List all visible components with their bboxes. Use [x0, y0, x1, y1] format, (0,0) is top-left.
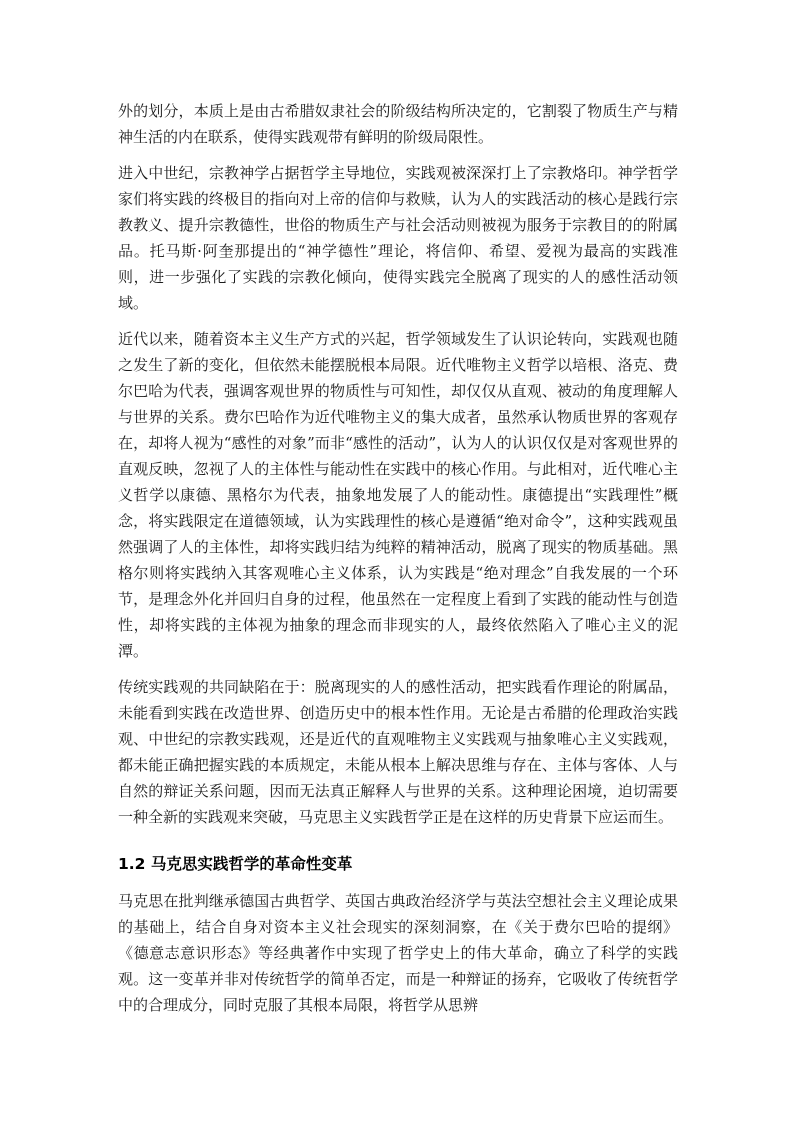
paragraph-modern: 近代以来，随着资本主义生产方式的兴起，哲学领域发生了认识论转向，实践观也随之发生… [118, 326, 678, 664]
paragraph-medieval: 进入中世纪，宗教神学占据哲学主导地位，实践观被深深打上了宗教烙印。神学哲学家们将… [118, 160, 678, 316]
paragraph-marx-revolution: 马克思在批判继承德国古典哲学、英国古典政治经济学与英法空想社会主义理论成果的基础… [118, 888, 678, 1018]
section-heading: 1.2 马克思实践哲学的革命性变革 [118, 852, 678, 876]
paragraph-class-division: 外的划分，本质上是由古希腊奴隶社会的阶级结构所决定的，它割裂了物质生产与精神生活… [118, 98, 678, 150]
document-page: 外的划分，本质上是由古希腊奴隶社会的阶级结构所决定的，它割裂了物质生产与精神生活… [118, 98, 678, 1028]
paragraph-common-defects: 传统实践观的共同缺陷在于：脱离现实的人的感性活动，把实践看作理论的附属品，未能看… [118, 674, 678, 830]
